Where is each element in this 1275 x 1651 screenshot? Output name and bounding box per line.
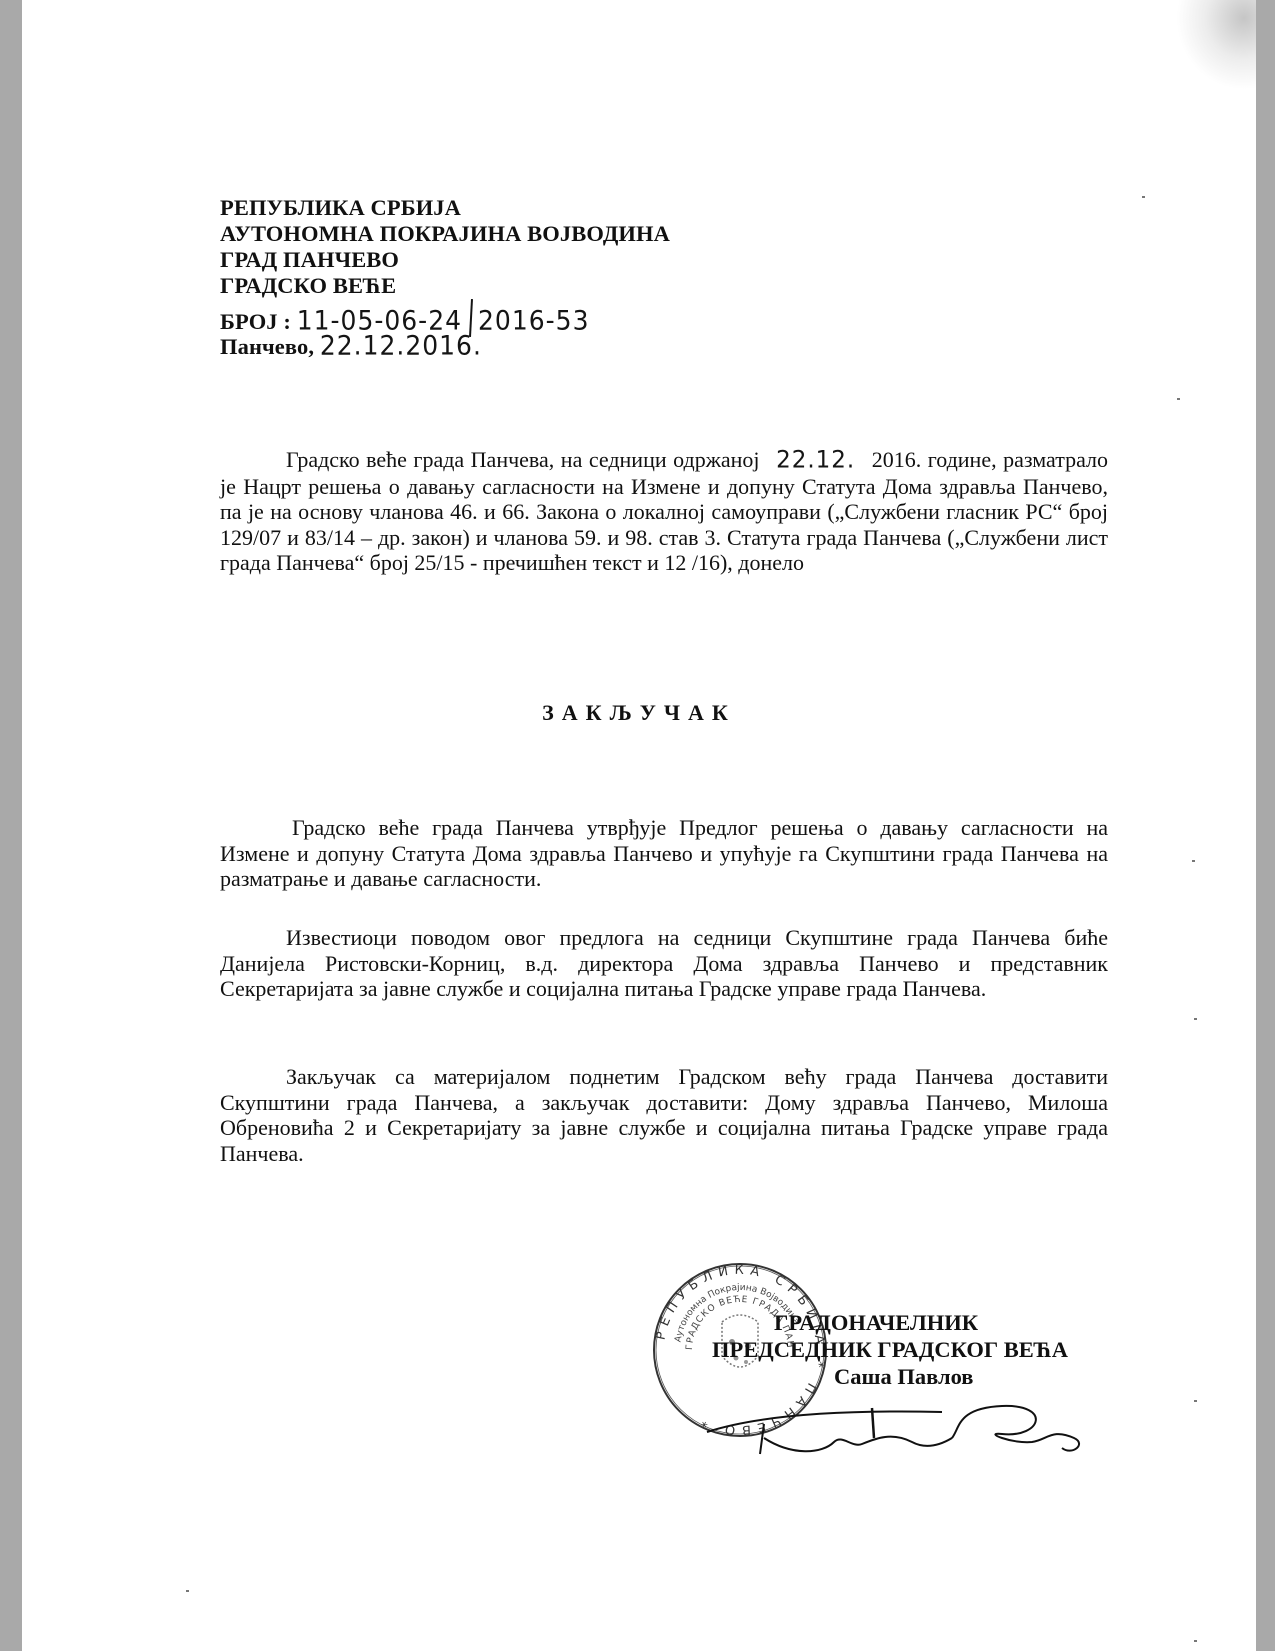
scan-speck — [1177, 398, 1180, 400]
signatory-title-president: ПРЕДСЕДНИК ГРАДСКОГ ВЕЋА — [712, 1336, 1068, 1363]
handwritten-date: 22.12.2016. — [320, 332, 482, 359]
scan-smudge — [1176, 0, 1256, 90]
paragraph-text: Градско веће града Панчева утврђује Пред… — [220, 815, 1108, 891]
conclusion-paragraph-2: Известиоци поводом овог предлога на седн… — [220, 925, 1108, 1002]
number-label: БРОЈ : — [220, 309, 291, 334]
scan-speck — [1192, 860, 1195, 862]
conclusion-paragraph-3: Закључак са материјалом поднетим Градско… — [220, 1064, 1108, 1166]
document-title: ЗАКЉУЧАК — [22, 700, 1256, 726]
scan-speck — [1142, 196, 1145, 198]
header-city: ГРАД ПАНЧЕВО — [220, 247, 399, 273]
handwritten-signature-icon — [702, 1398, 1092, 1458]
handwritten-session-date: 22.12. — [776, 447, 855, 474]
place-date-line: Панчево, 22.12.2016. — [220, 333, 482, 360]
paragraph-text: Известиоци поводом овог предлога на седн… — [220, 925, 1108, 1001]
signatory-title-mayor: ГРАДОНАЧЕЛНИК — [774, 1309, 978, 1336]
header-republic: РЕПУБЛИКА СРБИЈА — [220, 195, 461, 221]
header-council: ГРАДСКО ВЕЋЕ — [220, 273, 396, 299]
preamble-paragraph: Градско веће града Панчева, на седници о… — [220, 447, 1108, 576]
document-page: РЕПУБЛИКА СРБИЈА АУТОНОМНА ПОКРАЈИНА ВОЈ… — [22, 0, 1256, 1651]
paragraph-text: Закључак са материјалом поднетим Градско… — [220, 1064, 1108, 1166]
handwritten-number-part2: 2016-53 — [478, 307, 589, 334]
scan-speck — [1194, 1640, 1197, 1642]
header-province: АУТОНОМНА ПОКРАЈИНА ВОЈВОДИНА — [220, 221, 670, 247]
conclusion-paragraph-1: Градско веће града Панчева утврђује Пред… — [220, 815, 1108, 892]
preamble-text-1: Градско веће града Панчева, на седници о… — [286, 447, 760, 472]
scan-speck — [1194, 1018, 1197, 1020]
scan-speck — [1194, 1400, 1197, 1402]
place-label: Панчево, — [220, 334, 314, 359]
signatory-name: Саша Павлов — [834, 1363, 973, 1390]
scan-speck — [186, 1590, 189, 1592]
